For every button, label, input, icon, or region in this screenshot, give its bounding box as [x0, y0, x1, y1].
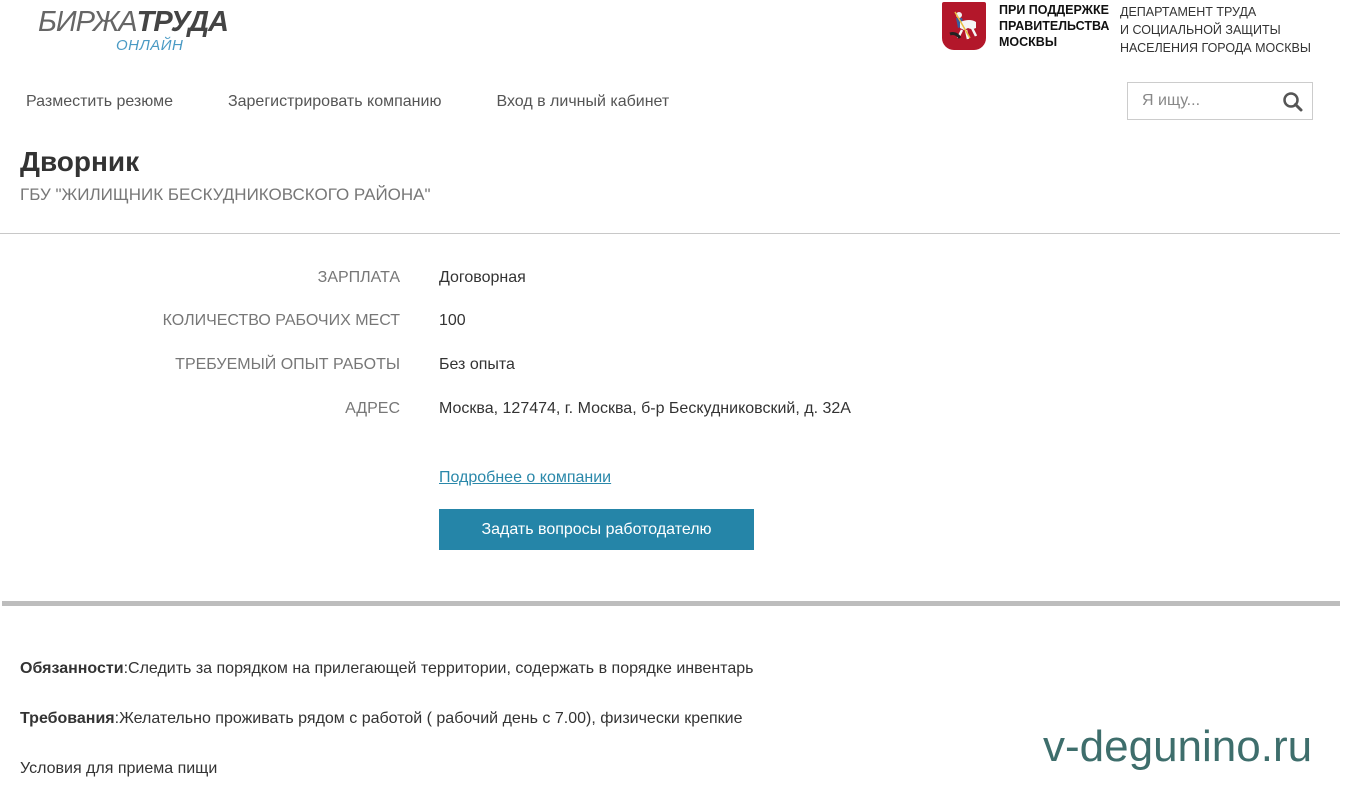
- requirements-text: Требования:Желательно проживать рядом с …: [20, 708, 743, 730]
- nav-login[interactable]: Вход в личный кабинет: [496, 90, 669, 114]
- detail-value: Москва, 127474, г. Москва, б-р Бескудник…: [439, 396, 879, 422]
- search-input[interactable]: [1128, 83, 1278, 119]
- search-box: [1127, 82, 1313, 120]
- company-details-link[interactable]: Подробнее о компании: [439, 466, 611, 490]
- detail-label: Зарплата: [0, 265, 400, 291]
- requirements-value: :Желательно проживать рядом с работой ( …: [115, 710, 743, 727]
- company-name: ГБУ "ЖИЛИЩНИК БЕСКУДНИКОВСКОГО РАЙОНА": [20, 184, 431, 206]
- nav-register-company[interactable]: Зарегистрировать компанию: [228, 90, 441, 114]
- nav-post-resume[interactable]: Разместить резюме: [26, 90, 173, 114]
- detail-value: Договорная: [439, 265, 889, 291]
- department-line: ДЕПАРТАМЕНТ ТРУДА: [1120, 3, 1311, 21]
- logo-title: БИРЖАТРУДА: [38, 6, 228, 38]
- support-line: ПРАВИТЕЛЬСТВА: [999, 18, 1109, 34]
- duties-text: Обязанности:Следить за порядком на приле…: [20, 658, 753, 680]
- support-line: ПРИ ПОДДЕРЖКЕ: [999, 2, 1109, 18]
- moscow-coat-of-arms-icon: [942, 2, 986, 50]
- logo-subtitle: ОНЛАЙН: [116, 37, 183, 55]
- requirements-label: Требования: [20, 710, 115, 727]
- conditions-text: Условия для приема пищи: [20, 758, 217, 780]
- detail-label: Количество рабочих мест: [0, 308, 400, 334]
- search-icon[interactable]: [1282, 91, 1304, 113]
- department-line: И СОЦИАЛЬНОЙ ЗАЩИТЫ: [1120, 21, 1311, 39]
- department-text: ДЕПАРТАМЕНТ ТРУДА И СОЦИАЛЬНОЙ ЗАЩИТЫ НА…: [1120, 3, 1311, 57]
- detail-label: Адрес: [0, 396, 400, 422]
- divider: [0, 233, 1340, 234]
- vacancy-title: Дворник: [20, 145, 139, 179]
- support-text: ПРИ ПОДДЕРЖКЕ ПРАВИТЕЛЬСТВА МОСКВЫ: [999, 2, 1109, 50]
- detail-value: 100: [439, 308, 889, 334]
- support-line: МОСКВЫ: [999, 34, 1109, 50]
- section-divider: [2, 601, 1340, 606]
- ask-employer-button[interactable]: Задать вопросы работодателю: [439, 509, 754, 550]
- detail-label: Требуемый опыт работы: [0, 352, 400, 378]
- site-logo[interactable]: БИРЖАТРУДА ОНЛАЙН: [38, 6, 248, 56]
- department-line: НАСЕЛЕНИЯ ГОРОДА МОСКВЫ: [1120, 39, 1311, 57]
- logo-part2: ТРУДА: [137, 6, 228, 38]
- detail-value: Без опыта: [439, 352, 889, 378]
- duties-label: Обязанности: [20, 660, 124, 677]
- logo-part1: БИРЖА: [38, 6, 137, 38]
- duties-value: :Следить за порядком на прилегающей терр…: [124, 660, 754, 677]
- watermark: v-degunino.ru: [1043, 720, 1312, 774]
- main-nav: Разместить резюме Зарегистрировать компа…: [26, 90, 724, 114]
